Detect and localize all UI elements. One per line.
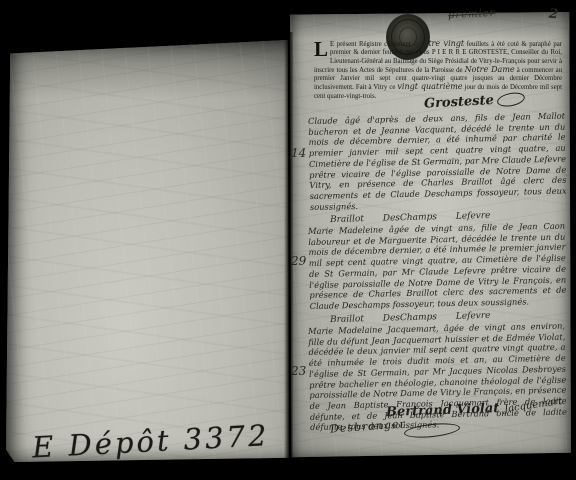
entry-text: Marie Madeleine âgée de vingt ans, fille… (308, 221, 567, 312)
burial-entries: 14 Claude âgé d'après de deux ans, fils … (308, 116, 565, 434)
scanned-register-page: E Dépôt 3372 premier 2 LE présent Régist… (0, 0, 576, 480)
paper-texture (6, 40, 289, 462)
printed-text: E présent Régistre contenant (330, 41, 413, 48)
page-number: 2 (548, 7, 559, 23)
witness-signature: Bertrand Violat (386, 401, 500, 420)
drop-cap: L (314, 41, 328, 58)
witness-signature: Desbranger (330, 417, 406, 435)
bottom-signatures: Desbranger Bertrand Violat Jacquemart (308, 400, 566, 450)
entry-text: Claude âgé d'après de deux ans, fils de … (308, 111, 567, 213)
margin-number: 14 (291, 146, 306, 160)
signature-paraph (496, 91, 526, 109)
book-gutter-shadow (284, 32, 293, 460)
signature-flourish (403, 421, 460, 440)
burial-entry: 14 Claude âgé d'après de deux ans, fils … (308, 116, 565, 222)
handwritten-insert-day: vingt quatrième (397, 82, 462, 91)
margin-number: 29 (291, 254, 306, 268)
archive-depot-mark: E Dépôt 3372 (31, 417, 282, 464)
handwritten-insert-folios: quatre vingt (413, 39, 464, 48)
printed-register-header: LE présent Régistre contenant quatre vin… (314, 40, 562, 101)
burial-entry: 29 Marie Madeleine âgée de vingt ans, fi… (308, 226, 565, 322)
handwritten-insert-parish: Notre Dame (465, 65, 515, 74)
margin-number: 23 (291, 364, 306, 378)
left-page: E Dépôt 3372 (6, 40, 289, 462)
